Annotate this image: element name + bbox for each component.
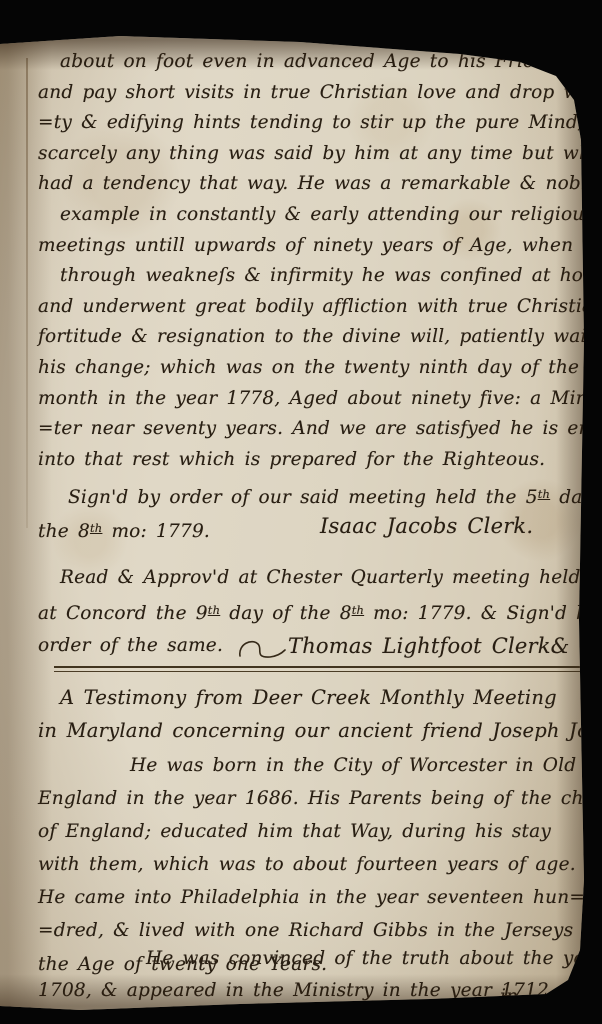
manuscript-line: had a tendency that way. He was a remark… (38, 169, 602, 200)
ordinal-superscript: th (208, 603, 220, 617)
ordinal-superscript: th (538, 487, 550, 501)
signature-isaac-jacobs: Isaac Jacobs Clerk. (320, 514, 533, 538)
manuscript-line: Sign'd by order of our said meeting held… (38, 479, 602, 513)
manuscript-line: into that rest which is prepared for the… (38, 445, 602, 476)
manuscript-line: meetings untill upwards of ninety years … (38, 231, 602, 262)
signing-line1: Sign'd by order of our said meeting held… (68, 487, 538, 508)
signature-thomas-lightfoot: Thomas Lightfoot Clerk& (288, 634, 570, 658)
manuscript-line: with them, which was to about fourteen y… (38, 848, 602, 881)
first-testimony-body: about on foot even in advanced Age to hi… (38, 47, 602, 475)
manuscript-line: about on foot even in advanced Age to hi… (38, 47, 602, 78)
manuscript-line: England in the year 1686. His Parents be… (38, 782, 602, 815)
manuscript-line: =ty & edifying hints tending to stir up … (38, 108, 602, 139)
page-number: 99 (542, 27, 570, 54)
manuscript-line: at Concord the 9th day of the 8th mo: 17… (38, 594, 599, 630)
insertion-mark: 2 (486, 33, 495, 49)
manuscript-line: He came into Philadelphia in the year se… (38, 881, 602, 914)
signing-line2-end: mo: 1779. (102, 521, 210, 542)
page-fold-line (26, 58, 28, 528)
manuscript-line: his change; which was on the twenty nint… (38, 353, 602, 384)
manuscript-line: scarcely any thing was said by him at an… (38, 139, 602, 170)
manuscript-page: 99 2 about on foot even in advanced Age … (0, 0, 602, 1024)
second-testimony-paragraph-2: He was convinced of the truth about the … (38, 943, 602, 1007)
manuscript-line: fortitude & resignation to the divine wi… (38, 322, 602, 353)
manuscript-line: month in the year 1778, Aged about ninet… (38, 384, 602, 415)
ordinal-superscript: th (90, 521, 102, 535)
section-divider (54, 666, 584, 672)
approval-line2-mid: day of the 8 (220, 603, 352, 624)
pen-flourish-icon (236, 636, 286, 662)
ordinal-superscript: th (352, 603, 364, 617)
approval-line2: at Concord the 9 (38, 603, 208, 624)
manuscript-line: A Testimony from Deer Creek Monthly Meet… (38, 681, 602, 714)
manuscript-line: and pay short visits in true Christian l… (38, 78, 602, 109)
manuscript-line: He was born in the City of Worcester in … (38, 749, 602, 782)
signing-line1-end: day of (550, 487, 602, 508)
catchword: in (500, 986, 518, 1007)
manuscript-line: through weakneſs & infirmity he was conf… (38, 261, 602, 292)
approval-line2-end: mo: 1779. & Sign'd by (364, 603, 599, 624)
manuscript-line: in Maryland concerning our ancient frien… (38, 714, 602, 747)
manuscript-line: and underwent great bodily affliction wi… (38, 292, 602, 323)
manuscript-line: example in constantly & early attending … (38, 200, 602, 231)
signature-text: Thomas Lightfoot Clerk& (288, 634, 570, 658)
second-testimony-heading: A Testimony from Deer Creek Monthly Meet… (38, 681, 602, 747)
manuscript-line: of England; educated him that Way, durin… (38, 815, 602, 848)
manuscript-line: Read & Approv'd at Chester Quarterly mee… (38, 562, 599, 594)
manuscript-line: =ter near seventy years. And we are sati… (38, 414, 602, 445)
signing-line2: the 8 (38, 521, 90, 542)
manuscript-line: He was convinced of the truth about the … (38, 943, 602, 975)
